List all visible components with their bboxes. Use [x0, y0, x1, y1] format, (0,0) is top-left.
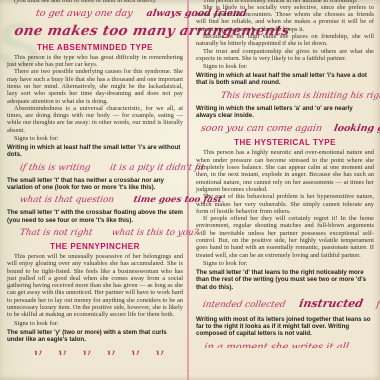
body-paragraph: She is likely to be socially very select… — [196, 4, 374, 33]
handwriting-sample: This investigation is limiting his right… — [220, 91, 376, 101]
cropped-print-line: (you must see and four or more of them i… — [7, 0, 183, 4]
signs-label: Signs to look for: — [7, 135, 183, 142]
left-column: (you must see and four or more of them i… — [7, 0, 183, 355]
signs-label: Signs to look for: — [196, 63, 374, 70]
handwriting-thin: soon you can come again — [200, 123, 323, 134]
handwriting-sample: intended collected instructed funner — [202, 297, 376, 310]
handwriting-bold: instructed — [298, 297, 364, 310]
body-paragraph: The root of this behavioral problem is h… — [196, 193, 374, 215]
handwriting-thin: funner — [375, 300, 380, 310]
signs-label: Signs to look for: — [196, 260, 374, 267]
handwriting-thin: intended collected — [202, 300, 286, 310]
handwriting-thin: if this is writing — [19, 163, 91, 173]
right-column: This person is extremely ethical in her … — [196, 0, 374, 348]
handwriting-thin: what is this to you? — [111, 228, 199, 238]
magazine-page: S (you must see and four or more of them… — [0, 0, 380, 380]
handwriting-thin: what is that question — [19, 195, 115, 205]
body-paragraph: This person has a highly neurotic and ov… — [196, 149, 374, 193]
section-heading-absentminded: THE ABSENTMINDED TYPE — [7, 43, 183, 52]
sign-description: The small letter 't' that has neither a … — [7, 177, 183, 192]
sign-description: Writing with most of its letters joined … — [196, 316, 374, 338]
body-paragraph: The trust and companionship she gives to… — [196, 48, 374, 63]
section-heading-hysterical: THE HYSTERICAL TYPE — [196, 138, 374, 147]
handwriting-sample: what is that question time goes too fast — [19, 195, 185, 205]
column-divider — [187, 0, 189, 380]
sign-description: Writing in which at least half the small… — [196, 72, 374, 87]
handwriting-sample: if this is writing it is a pity it didn'… — [19, 163, 185, 173]
handwriting-sample: soon you can come again looking good aga… — [200, 123, 376, 134]
handwriting-sample-cropped: in a moment she writes it all — [204, 342, 375, 348]
sign-description: The small letter 'd' that leans to the r… — [196, 269, 374, 291]
handwriting-letter-samples: y y y y y y — [33, 346, 185, 355]
body-paragraph: This person is the type who has great di… — [7, 54, 183, 69]
sign-description: Writing in which at least half the small… — [7, 144, 183, 159]
body-paragraph: If people offend her they will certainly… — [196, 215, 374, 259]
body-paragraph: This person will be unusually possessive… — [7, 253, 183, 319]
handwriting-sample: to get away one day always good friend — [35, 8, 185, 19]
sign-description: The small letter 't' with the crossbar f… — [7, 209, 183, 224]
handwriting-thin: to get away one day — [35, 8, 133, 19]
handwriting-thin: it is a pity it didn't fit — [109, 163, 205, 173]
sign-description: Writing in which the small letters 'a' a… — [196, 105, 374, 120]
handwriting-bold: looking good again — [333, 123, 380, 134]
handwriting-sample: That is not right what is this to you? — [19, 228, 185, 238]
signs-label: Signs to look for: — [7, 320, 183, 327]
body-paragraph: Absentmindedness is a universal characte… — [7, 105, 183, 134]
handwriting-sample: one makes too many arrangements — [13, 23, 186, 39]
sign-description: The small letter 'y' (two or more) with … — [7, 329, 183, 344]
body-paragraph: There are two possible underlying causes… — [7, 68, 183, 104]
handwriting-thin: That is not right — [19, 228, 93, 238]
body-paragraph: Because of the high value she places on … — [196, 33, 374, 48]
section-heading-pennypincher: THE PENNYPINCHER — [7, 242, 183, 251]
